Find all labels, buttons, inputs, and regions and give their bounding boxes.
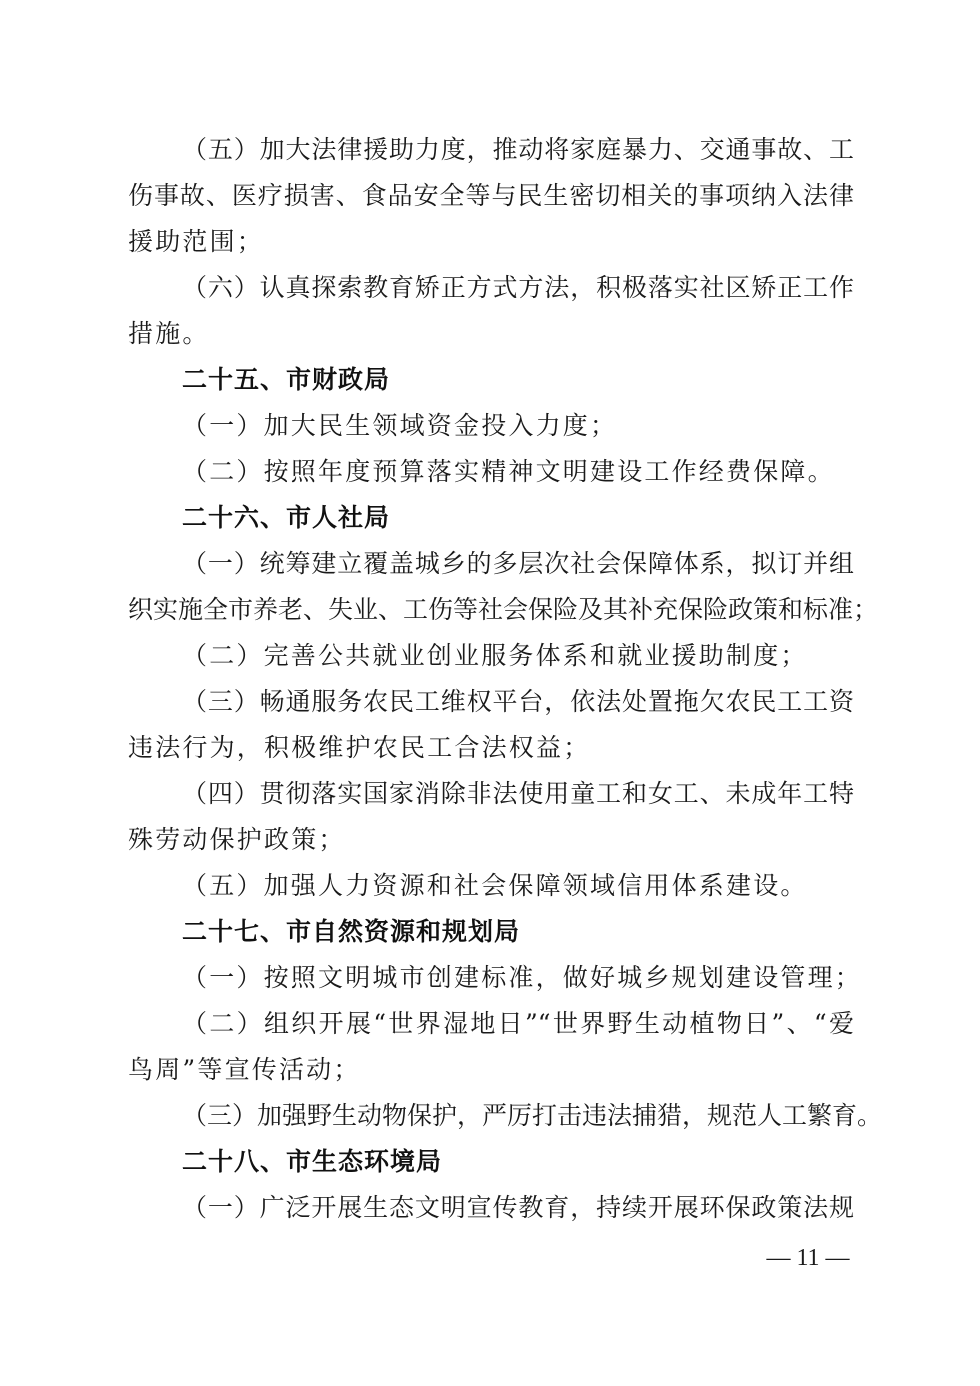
section-heading-natural-resources-bureau: 二十七、市自然资源和规划局 <box>182 917 854 947</box>
paragraph-line: （五）加强人力资源和社会保障领域信用体系建设。 <box>182 871 854 901</box>
paragraph-line: （一）加大民生领域资金投入力度； <box>182 411 854 441</box>
document-page: （五）加大法律援助力度，推动将家庭暴力、交通事故、工 伤事故、医疗损害、食品安全… <box>0 0 980 1386</box>
page-number: — 11 — <box>760 1243 856 1273</box>
section-heading-finance-bureau: 二十五、市财政局 <box>182 365 854 395</box>
paragraph-line: （五）加大法律援助力度，推动将家庭暴力、交通事故、工 <box>182 135 854 165</box>
paragraph-line: （二）完善公共就业创业服务体系和就业援助制度； <box>182 641 854 671</box>
paragraph-line: 鸟周”等宣传活动； <box>128 1055 854 1085</box>
paragraph-line: 措施。 <box>128 319 854 349</box>
paragraph-line: （二）组织开展“世界湿地日”“世界野生动植物日”、“爱 <box>182 1009 854 1039</box>
paragraph-line: 织实施全市养老、失业、工伤等社会保险及其补充保险政策和标准； <box>128 595 854 625</box>
paragraph-line: 伤事故、医疗损害、食品安全等与民生密切相关的事项纳入法律 <box>128 181 854 211</box>
paragraph-line: （四）贯彻落实国家消除非法使用童工和女工、未成年工特 <box>182 779 854 809</box>
section-heading-ecology-environment-bureau: 二十八、市生态环境局 <box>182 1147 854 1177</box>
paragraph-line: 殊劳动保护政策； <box>128 825 854 855</box>
paragraph-line: （六）认真探索教育矫正方式方法，积极落实社区矫正工作 <box>182 273 854 303</box>
paragraph-line: （一）广泛开展生态文明宣传教育，持续开展环保政策法规 <box>182 1193 854 1223</box>
paragraph-line: （一）按照文明城市创建标准，做好城乡规划建设管理； <box>182 963 854 993</box>
paragraph-line: （一）统筹建立覆盖城乡的多层次社会保障体系，拟订并组 <box>182 549 854 579</box>
paragraph-line: （三）畅通服务农民工维权平台，依法处置拖欠农民工工资 <box>182 687 854 717</box>
section-heading-hr-social-security-bureau: 二十六、市人社局 <box>182 503 854 533</box>
paragraph-line: 援助范围； <box>128 227 854 257</box>
paragraph-line: （二）按照年度预算落实精神文明建设工作经费保障。 <box>182 457 854 487</box>
paragraph-line: （三）加强野生动物保护，严厉打击违法捕猎，规范人工繁育。 <box>182 1101 854 1131</box>
paragraph-line: 违法行为，积极维护农民工合法权益； <box>128 733 854 763</box>
